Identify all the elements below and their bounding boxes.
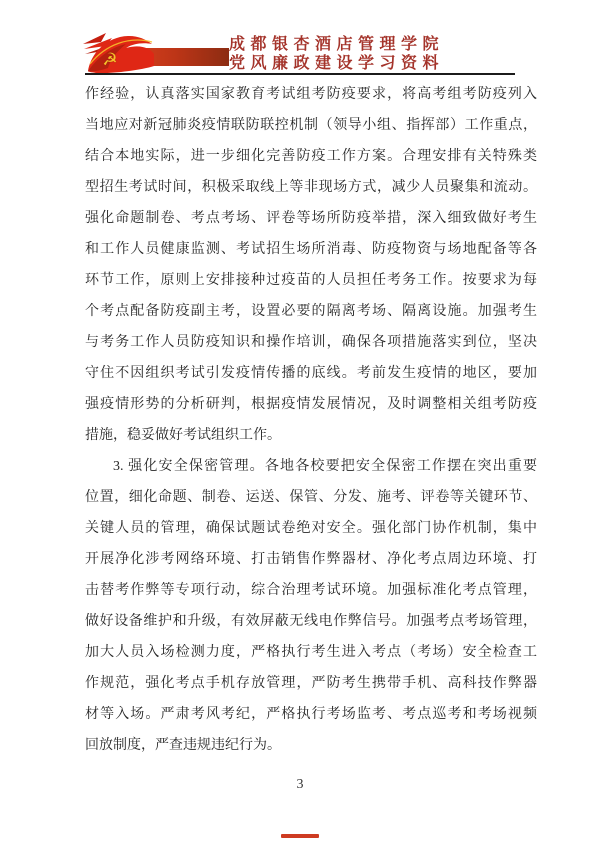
body-text-line: 关键人员的管理，确保试题试卷绝对安全。强化部门协作机制，集中 [85, 513, 537, 544]
body-text-line: 材等入场。严肃考风考纪，严格执行考场监考、考点巡考和考场视频 [85, 699, 537, 730]
body-text-line: 与考务工作人员防疫知识和操作培训，确保各项措施落实到位，坚决 [85, 327, 537, 358]
footer-accent-mark [281, 834, 319, 838]
document-body: 作经验，认真落实国家教育考试组考防疫要求，将高考组考防疫列入当地应对新冠肺炎疫情… [85, 79, 537, 761]
header-divider [85, 73, 515, 75]
hammer-and-sickle-icon: ☭ [98, 48, 122, 72]
body-text-line: 强疫情形势的分析研判，根据疫情发展情况，及时调整相关组考防疫 [85, 389, 537, 420]
body-text-line: 3. 强化安全保密管理。各地各校要把安全保密工作摆在突出重要 [85, 451, 537, 482]
body-text-line: 环节工作，原则上安排接种过疫苗的人员担任考务工作。按要求为每 [85, 265, 537, 296]
body-text-line: 位置，细化命题、制卷、运送、保管、分发、施考、评卷等关键环节、 [85, 482, 537, 513]
header-document-title: 党风廉政建设学习资料 [229, 54, 444, 73]
body-text-line: 作规范，强化考点手机存放管理，严防考生携带手机、高科技作弊器 [85, 668, 537, 699]
body-text-line: 措施，稳妥做好考试组织工作。 [85, 420, 537, 451]
document-page: ☭ 成都银杏酒店管理学院 党风廉政建设学习资料 作经验，认真落实国家教育考试组考… [0, 0, 600, 848]
body-text-line: 守住不因组织考试引发疫情传播的底线。考前发生疫情的地区，要加 [85, 358, 537, 389]
header-title-block: 成都银杏酒店管理学院 党风廉政建设学习资料 [229, 35, 444, 73]
body-text-line: 结合本地实际，进一步细化完善防疫工作方案。合理安排有关特殊类 [85, 141, 537, 172]
page-number: 3 [0, 776, 600, 794]
body-text-line: 个考点配备防疫副主考，设置必要的隔离考场、隔离设施。加强考生 [85, 296, 537, 327]
body-text-line: 型招生考试时间，积极采取线上等非现场方式，减少人员聚集和流动。 [85, 172, 537, 203]
body-text-line: 击替考作弊等专项行动，综合治理考试环境。加强标准化考点管理， [85, 575, 537, 606]
body-text-line: 回放制度，严查违规违纪行为。 [85, 730, 537, 761]
body-text-line: 强化命题制卷、考点考场、评卷等场所防疫举措，深入细致做好考生 [85, 203, 537, 234]
body-text-line: 和工作人员健康监测、考试招生场所消毒、防疫物资与场地配备等各 [85, 234, 537, 265]
body-text-line: 作经验，认真落实国家教育考试组考防疫要求，将高考组考防疫列入 [85, 79, 537, 110]
body-text-line: 加大人员入场检测力度，严格执行考生进入考点（考场）安全检查工 [85, 637, 537, 668]
body-text-line: 做好设备维护和升级，有效屏蔽无线电作弊信号。加强考点考场管理， [85, 606, 537, 637]
body-text-line: 开展净化涉考网络环境、打击销售作弊器材、净化考点周边环境、打 [85, 544, 537, 575]
body-text-line: 当地应对新冠肺炎疫情联防联控机制（领导小组、指挥部）工作重点， [85, 110, 537, 141]
header-school-name: 成都银杏酒店管理学院 [229, 35, 444, 54]
